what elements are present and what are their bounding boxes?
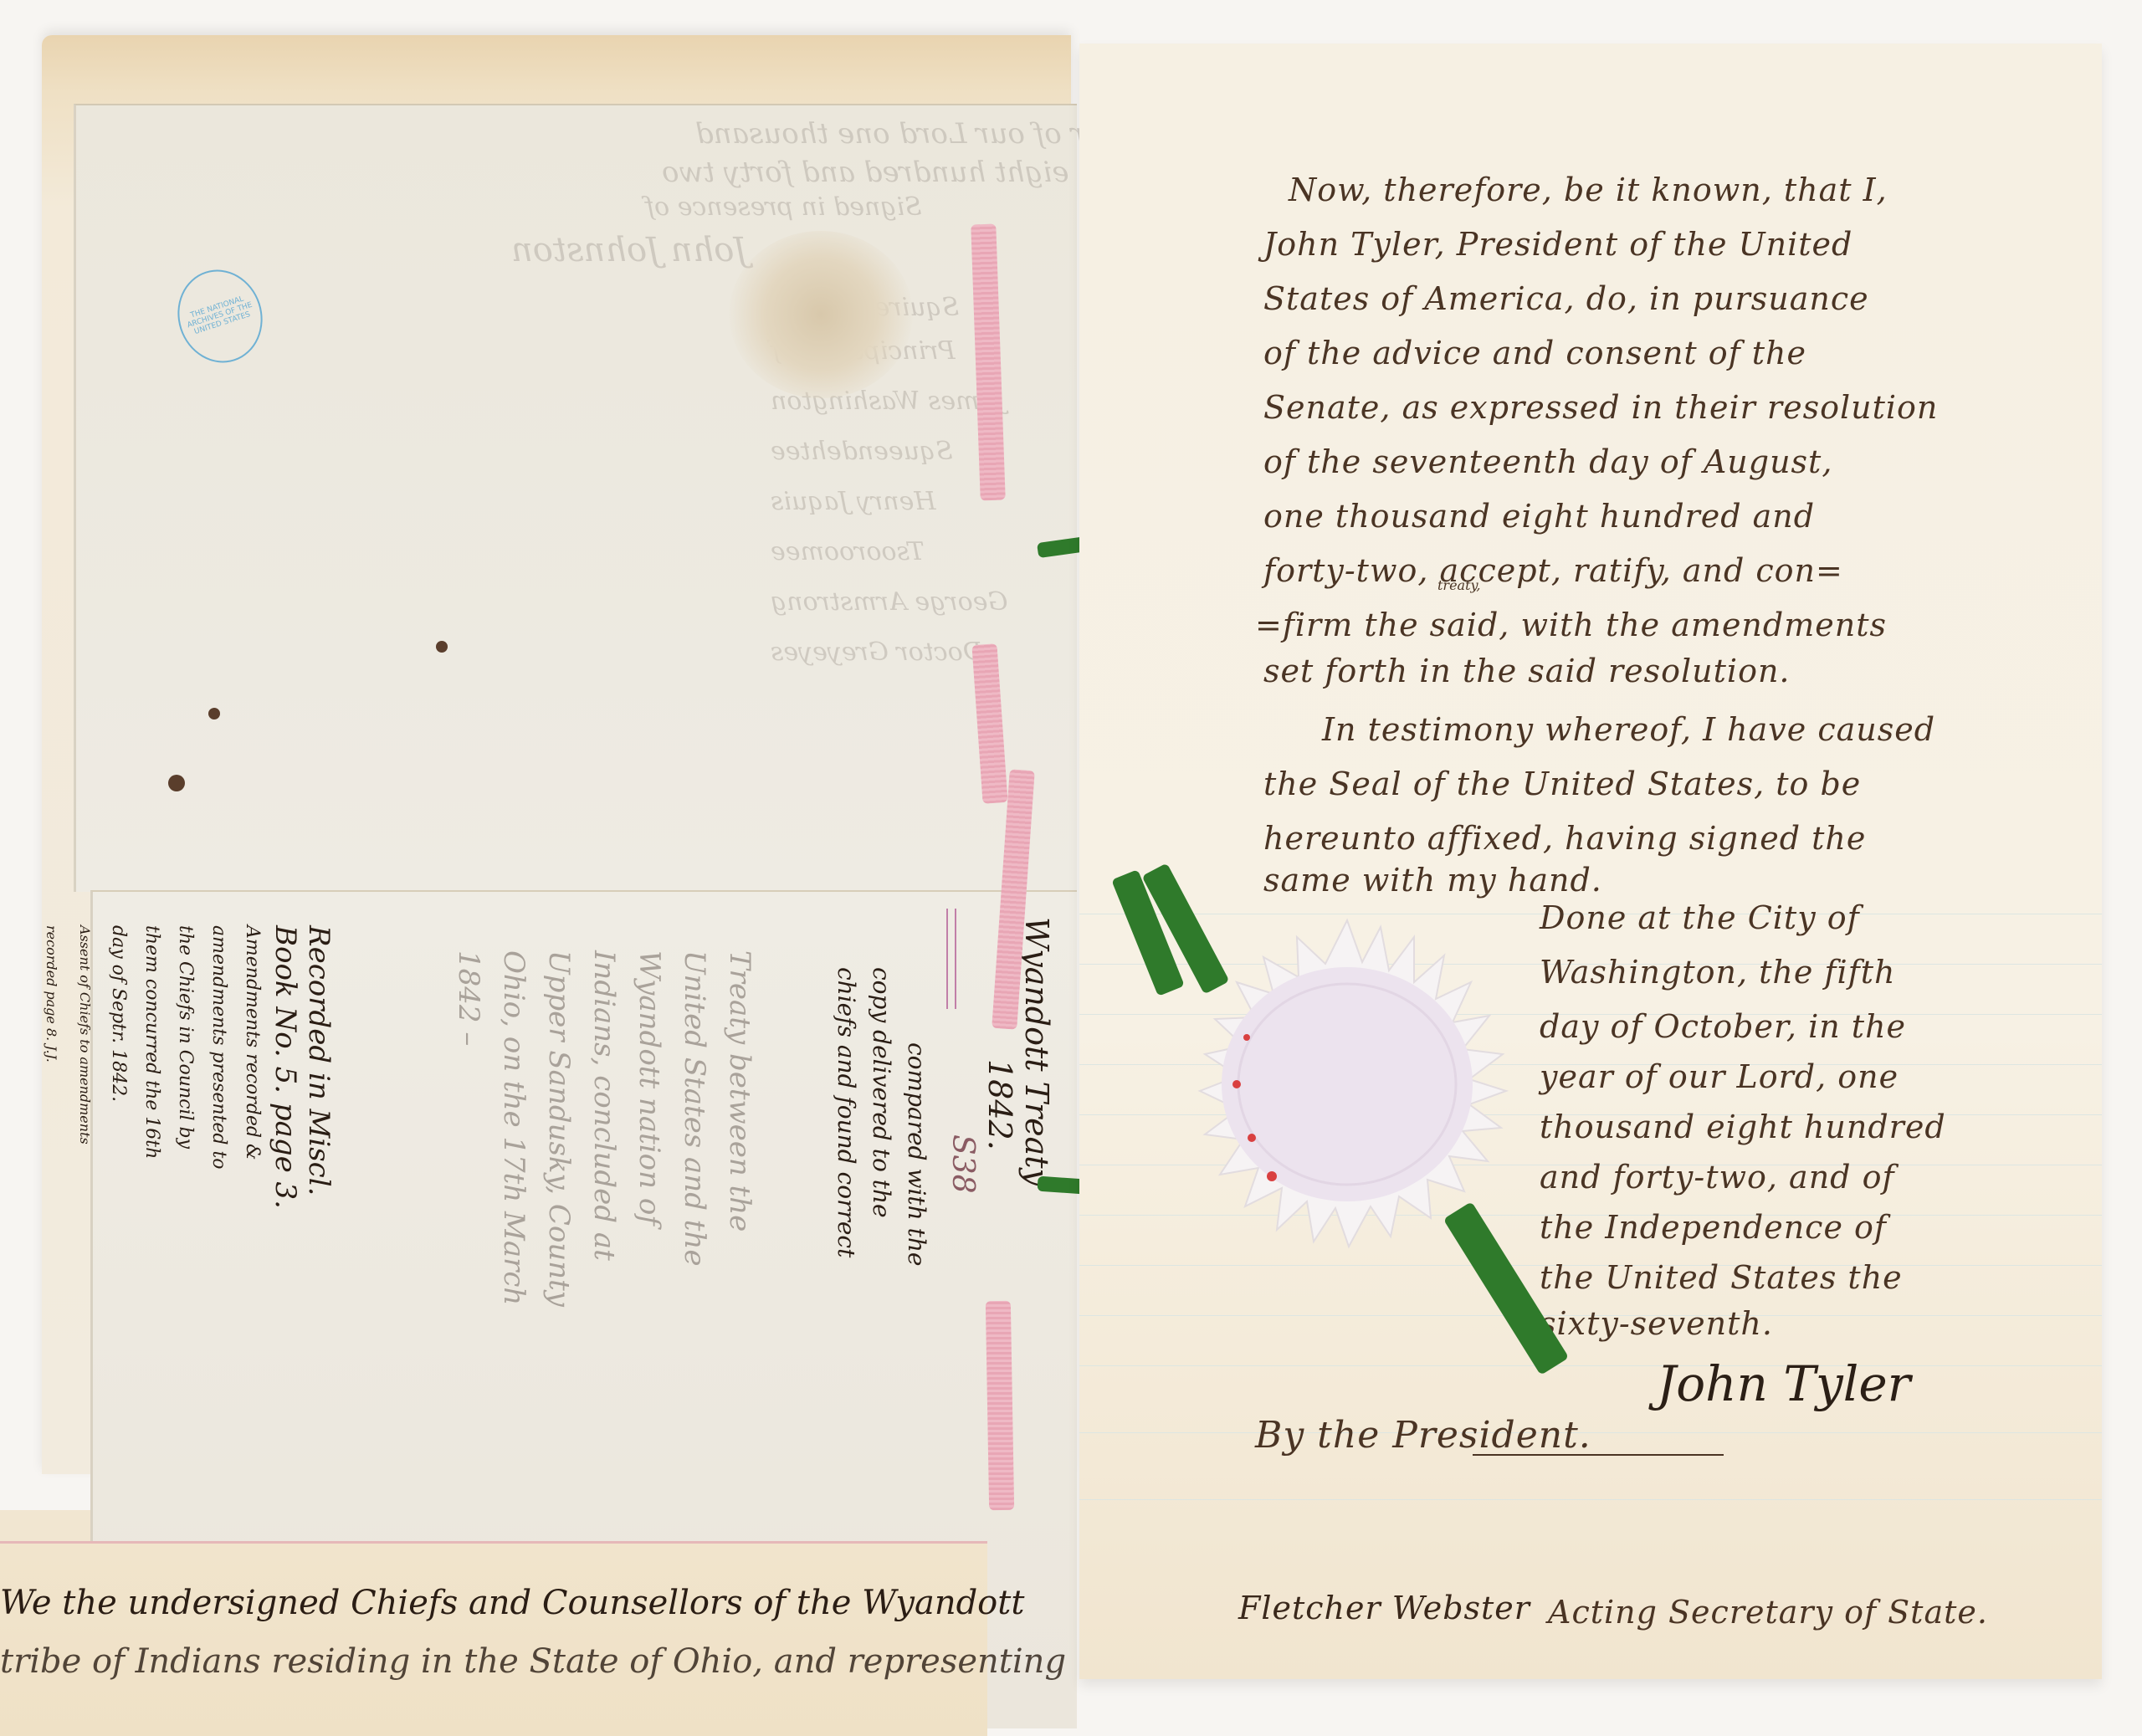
bleed-through-line: Tsooroomee <box>771 537 925 566</box>
compared-endorsement: compared with the copy delivered to the … <box>828 967 934 1266</box>
slip-line: We the undersigned Chiefs and Counsellor… <box>0 1584 1024 1622</box>
pencil-mark <box>946 909 948 1009</box>
pencil-mark <box>955 909 956 1009</box>
president-signature: John Tyler <box>1657 1355 1910 1412</box>
countersign-title: Acting Secretary of State. <box>1548 1594 1988 1631</box>
bleed-through-line: eight hundred and forty two <box>662 156 1069 189</box>
file-number: S38 <box>945 1134 980 1193</box>
bleed-through-line: Henry Jaquis <box>771 487 936 516</box>
signature-underline <box>1473 1454 1724 1456</box>
bleed-through-line: Squeendehtee <box>771 437 953 466</box>
recorded-endorsement: Recorded in Miscl. Book No. 5. page 3. A… <box>34 925 336 1209</box>
bleed-through-line: George Armstrong <box>771 587 1007 617</box>
bleed-through-line: John Johnston <box>511 231 747 269</box>
bleed-through-line: Doctor Greyeyes <box>771 638 983 667</box>
slip-line: tribe of Indians residing in the State o… <box>0 1642 1066 1681</box>
ink-spot <box>436 641 448 653</box>
countersign-name: Fletcher Webster <box>1238 1590 1530 1626</box>
pink-ribbon <box>986 1301 1014 1510</box>
bottom-treaty-slip: We the undersigned Chiefs and Counsellor… <box>0 1541 987 1736</box>
interlineation: treaty, <box>1437 577 1481 593</box>
water-stain <box>729 231 913 398</box>
bleed-through-line: Signed in presence of <box>645 192 922 222</box>
treaty-endorsement: Treaty between the United States and the… <box>446 950 762 1307</box>
ink-spot <box>168 775 185 791</box>
ink-spot <box>208 708 220 719</box>
by-the-president: By the President. <box>1255 1414 1591 1457</box>
left-inner-fold-panel: THE NATIONAL ARCHIVES OF THE UNITED STAT… <box>74 104 1077 892</box>
national-archives-stamp: THE NATIONAL ARCHIVES OF THE UNITED STAT… <box>166 259 274 373</box>
